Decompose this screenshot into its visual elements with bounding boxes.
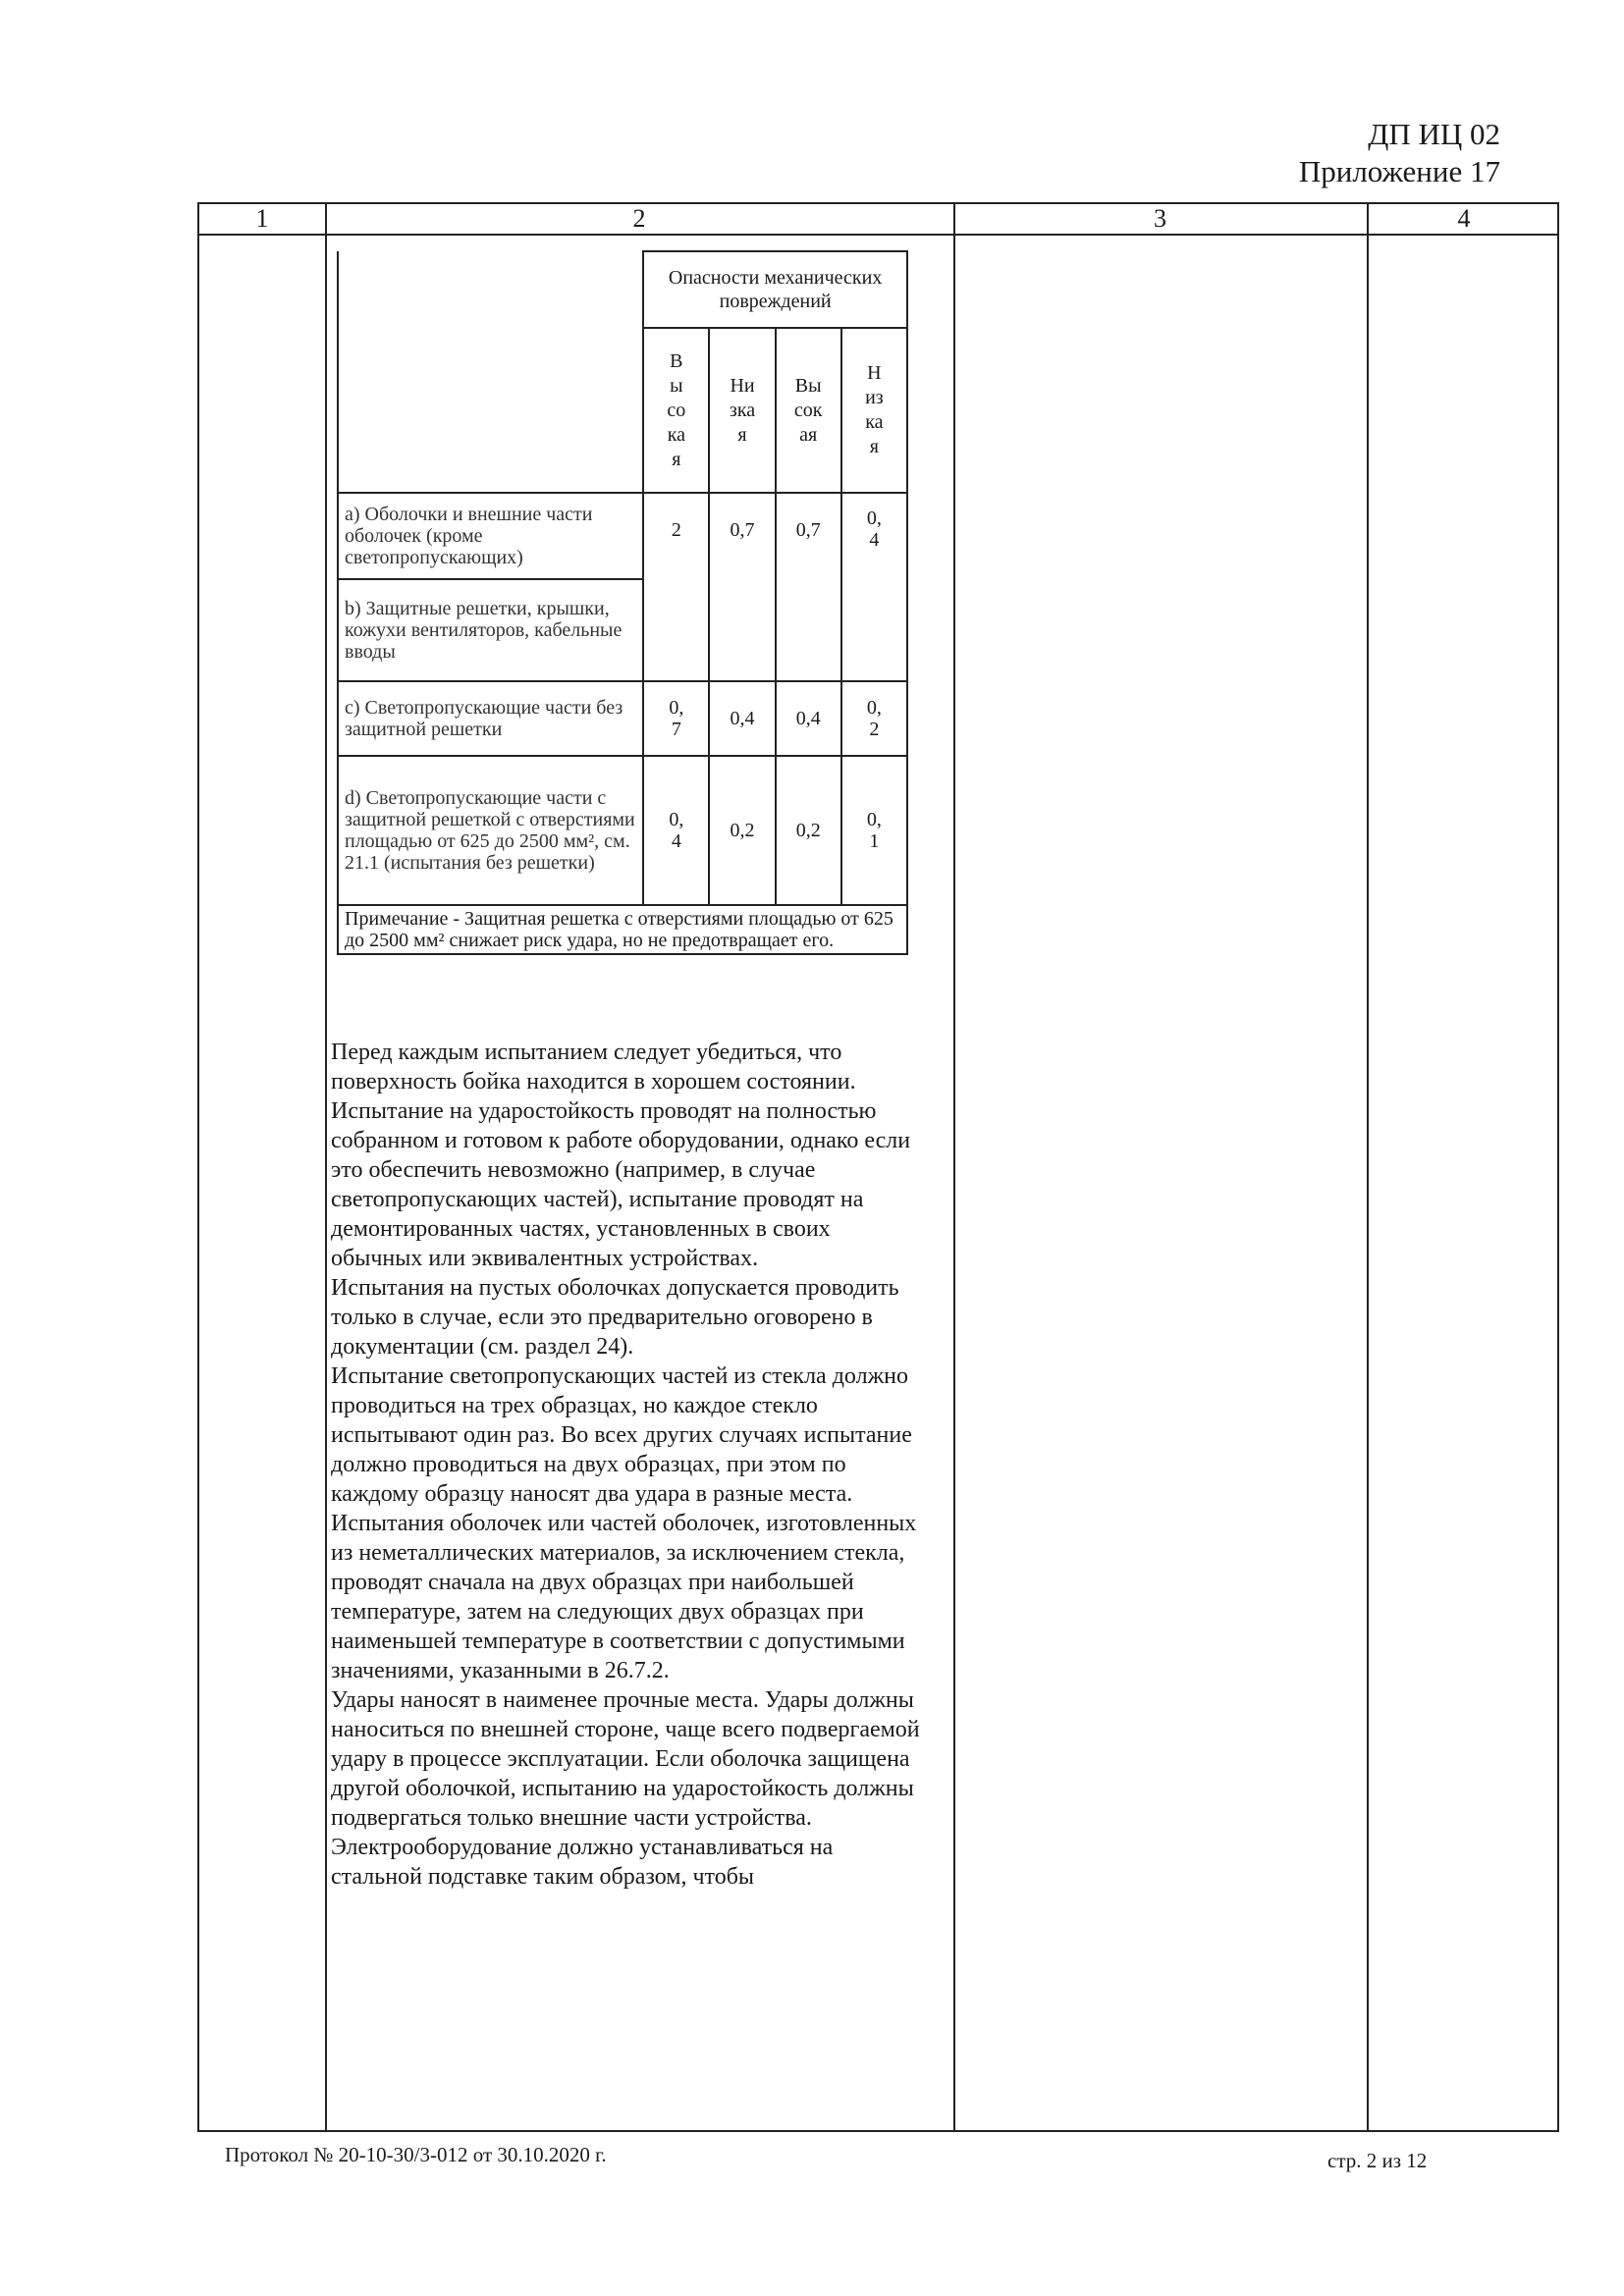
protocol-reference: Протокол № 20-10-30/3-012 от 30.10.2020 … [225, 2143, 607, 2167]
paragraph: Испытания оболочек или частей оболочек, … [331, 1509, 920, 1685]
document-code: ДП ИЦ 02 [1368, 116, 1500, 152]
table-note-row: Примечание - Защитная решетка с отверсти… [338, 905, 907, 954]
column-number-4: 4 [1367, 204, 1561, 234]
table-corner-cell [338, 251, 643, 493]
table-row: a) Оболочки и внешние части оболочек (кр… [338, 493, 907, 579]
page-number: стр. 2 из 12 [1327, 2149, 1427, 2173]
table-note: Примечание - Защитная решетка с отверсти… [338, 905, 907, 954]
column-divider [325, 204, 327, 2130]
row-value: 0,4 [776, 681, 841, 756]
row-value: 0,4 [643, 756, 709, 905]
impact-energy-table: Опасности механических повреждений Высок… [337, 250, 908, 955]
table-row: c) Светопропускающие части без защитной … [338, 681, 907, 756]
group-header: Опасности механических повреждений [643, 251, 907, 328]
column-number-1: 1 [199, 204, 325, 234]
row-value: 0,2 [841, 681, 907, 756]
column-header-high-1: Высокая [643, 328, 709, 493]
paragraph: Удары наносят в наименее прочные места. … [331, 1685, 920, 1833]
column-header-low-1: Низкая [709, 328, 775, 493]
test-procedure-text: Перед каждым испытанием следует убедитьс… [331, 1038, 920, 1892]
column-number-3: 3 [953, 204, 1367, 234]
column-header-high-2: Высокая [776, 328, 841, 493]
row-value: 0,7 [643, 681, 709, 756]
row-value: 2 [643, 493, 709, 681]
paragraph: Испытание светопропускающих частей из ст… [331, 1362, 920, 1509]
table-row: d) Светопропускающие части с защитной ре… [338, 756, 907, 905]
paragraph: Испытания на пустых оболочках допускаетс… [331, 1273, 920, 1362]
paragraph: Испытание на ударостойкость проводят на … [331, 1096, 920, 1273]
column-number-2: 2 [325, 204, 953, 234]
row-value: 0,2 [776, 756, 841, 905]
row-value: 0,7 [709, 493, 775, 681]
row-category: c) Светопропускающие части без защитной … [338, 681, 643, 756]
row-value: 0,2 [709, 756, 775, 905]
row-category: a) Оболочки и внешние части оболочек (кр… [338, 493, 643, 579]
row-value: 0,4 [709, 681, 775, 756]
paragraph: Электрооборудование должно устанавливать… [331, 1833, 920, 1892]
column-header-low-2: Низкая [841, 328, 907, 493]
row-value: 0,4 [841, 493, 907, 681]
row-value: 0,1 [841, 756, 907, 905]
column-divider [1367, 204, 1369, 2130]
appendix-label: Приложение 17 [1299, 153, 1500, 189]
row-category: d) Светопропускающие части с защитной ре… [338, 756, 643, 905]
row-value: 0,7 [776, 493, 841, 681]
column-divider [953, 204, 955, 2130]
row-category: b) Защитные решетки, крышки, кожухи вент… [338, 579, 643, 681]
paragraph: Перед каждым испытанием следует убедитьс… [331, 1038, 920, 1096]
